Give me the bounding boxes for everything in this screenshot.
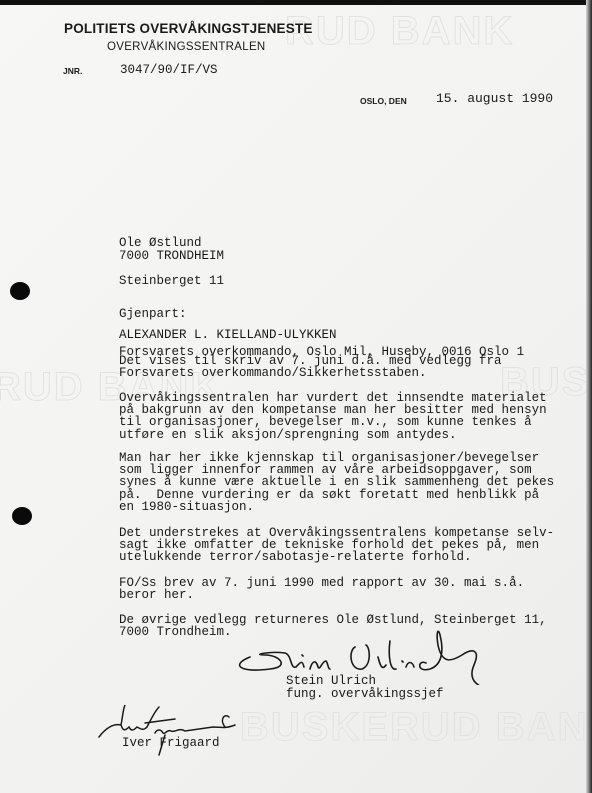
signer-name: Stein Ulrich xyxy=(286,675,444,688)
letterhead-organization: POLITIETS OVERVÅKINGSTJENESTE xyxy=(64,21,313,36)
bank-watermark: RUD BANK xyxy=(285,9,514,54)
body-line: utelukkende terror/sabotasje-relaterte f… xyxy=(119,551,554,563)
body-paragraph: FO/Ss brev av 7. juni 1990 med rapport a… xyxy=(119,577,524,601)
body-paragraph: Overvåkingssentralen har vurdert det inn… xyxy=(119,392,547,441)
body-line: synes å kunne være aktuelle i en slik sa… xyxy=(119,476,554,488)
body-paragraph: Man har her ikke kjennskap til organisas… xyxy=(119,452,554,513)
body-line: utføre en slik aksjon/sprengning som ant… xyxy=(119,429,547,441)
cosigner-name: Iver Frigaard xyxy=(122,736,220,750)
letter-date: 15. august 1990 xyxy=(436,91,553,106)
copy-to-label: Gjenpart: xyxy=(119,308,524,321)
place-label: OSLO, DEN xyxy=(360,96,407,106)
letter-page: RUD BANK RUD BANK BUS BUSKERUD BANK POLI… xyxy=(0,5,586,793)
handwritten-cosignature-icon xyxy=(95,705,255,765)
body-line: Forsvarets overkommando/Sikkerhetsstaben… xyxy=(119,367,502,379)
journal-number: 3047/90/IF/VS xyxy=(120,63,218,77)
punch-hole-icon xyxy=(10,282,30,300)
scan-right-edge xyxy=(586,0,592,793)
bank-watermark: BUSKERUD BANK xyxy=(240,705,592,750)
letterhead-department: OVERVÅKINGSSENTRALEN xyxy=(107,41,266,53)
body-line: beror her. xyxy=(119,589,524,601)
body-paragraph: Det understrekes at Overvåkingssentralen… xyxy=(119,527,554,564)
body-line: til organisasjoner, bevegelser m.v., som… xyxy=(119,416,547,428)
journal-label: JNR. xyxy=(63,66,82,76)
body-line: en 1980-situasjon. xyxy=(119,501,554,513)
recipient-city: 7000 TRONDHEIM xyxy=(119,250,224,263)
signer-title: fung. overvåkingssjef xyxy=(286,688,444,701)
letter-subject: ALEXANDER L. KIELLAND-ULYKKEN xyxy=(119,329,337,342)
recipient-name: Ole Østlund xyxy=(119,237,224,250)
body-paragraph: Det vises til skriv av 7. juni d.å. med … xyxy=(119,355,502,379)
body-line: på. Denne vurdering er da søkt foretatt … xyxy=(119,489,554,501)
signer-block: Stein Ulrichfung. overvåkingssjef xyxy=(286,675,444,700)
punch-hole-icon xyxy=(12,507,32,525)
